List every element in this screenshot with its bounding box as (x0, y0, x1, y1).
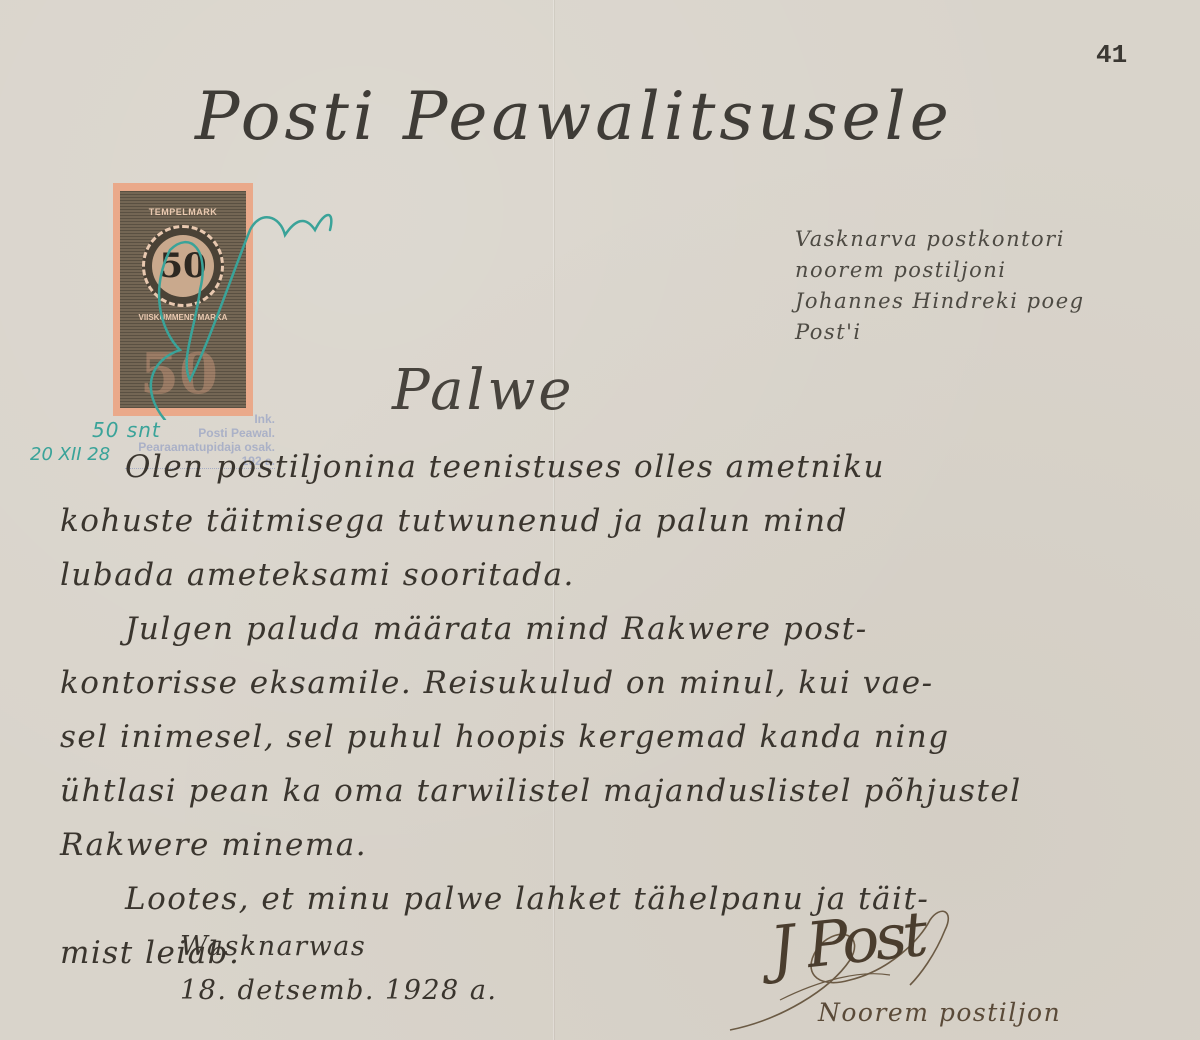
body-line: Olen postiljonina teenistuses olles amet… (60, 440, 1160, 494)
body-line: lubada ameteksami sooritada. (60, 548, 1160, 602)
page-number: 41 (1096, 40, 1127, 70)
place: Wasknarwas (180, 925, 498, 969)
stamp-top-text: TEMPELMARK (120, 207, 246, 217)
body-line: Lootes, et minu palwe lahket tähelpanu j… (60, 872, 1160, 926)
stamp-ghost-value: 50 (140, 341, 218, 407)
document-title: Palwe (392, 358, 575, 423)
sender-line: noorem postiljoni (795, 255, 1085, 286)
body-line: Rakwere minema. (60, 818, 1160, 872)
revenue-stamp-engraving: TEMPELMARK 50 VIISKÜMMEND MARKA 50 (120, 191, 246, 408)
place-date-block: Wasknarwas 18. detsemb. 1928 a. (180, 925, 498, 1013)
sender-block: Vasknarva postkontori noorem postiljoni … (795, 224, 1085, 348)
body-line: Julgen paluda määrata mind Rakwere post- (60, 602, 1160, 656)
stamp-bottom-text: VIISKÜMMEND MARKA (120, 313, 246, 322)
body-line: sel inimesel, sel puhul hoopis kergemad … (60, 710, 1160, 764)
stamp-value-circle: 50 (142, 225, 224, 307)
fee-annotation: 50 snt (92, 418, 161, 442)
letter-body: Olen postiljonina teenistuses olles amet… (60, 440, 1160, 980)
body-line: kontorisse eksamile. Reisukulud on minul… (60, 656, 1160, 710)
body-line: ühtlasi pean ka oma tarwilistel majandus… (60, 764, 1160, 818)
date: 18. detsemb. 1928 a. (180, 969, 498, 1013)
body-line: kohuste täitmisega tutwunenud ja palun m… (60, 494, 1160, 548)
signer-role: Noorem postiljon (818, 998, 1061, 1027)
sender-line: Post'i (795, 317, 1085, 348)
revenue-stamp: TEMPELMARK 50 VIISKÜMMEND MARKA 50 (113, 183, 253, 416)
addressee-heading: Posti Peawalitsusele (195, 78, 953, 155)
sender-line: Vasknarva postkontori (795, 224, 1085, 255)
stamp-value: 50 (152, 235, 214, 297)
sender-line: Johannes Hindreki poeg (795, 286, 1085, 317)
